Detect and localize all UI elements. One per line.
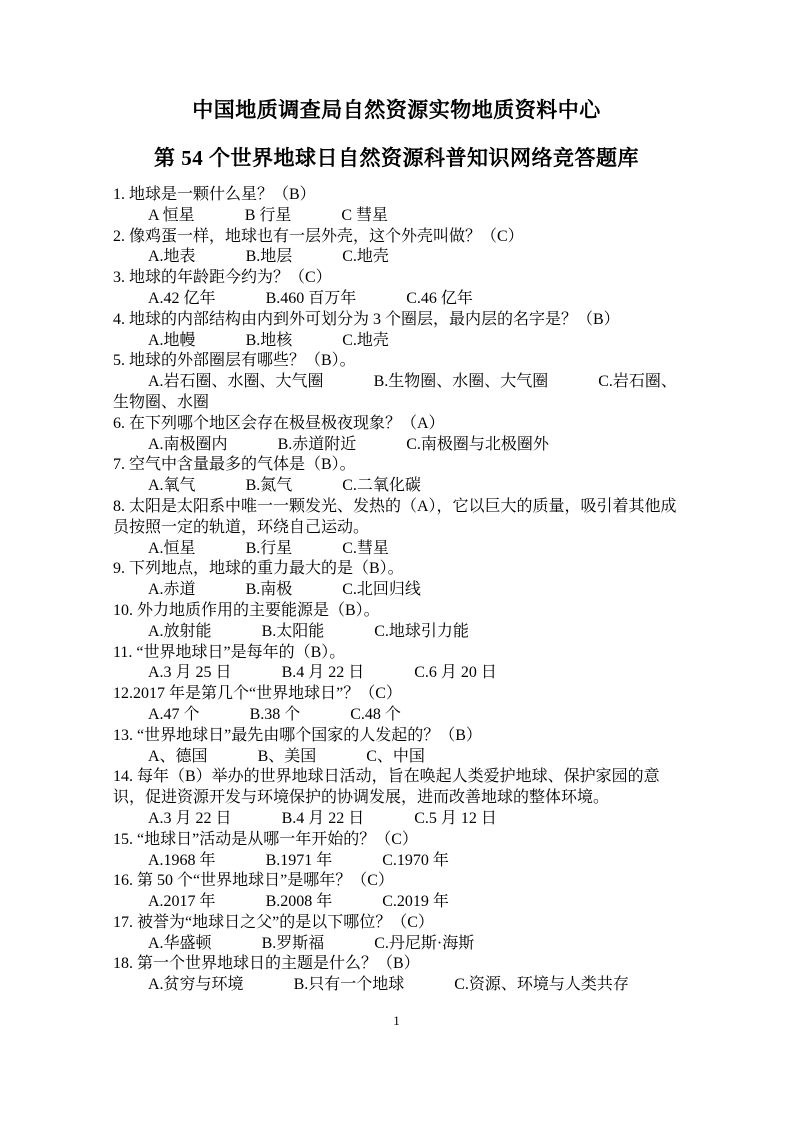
option-item: B.生物圈、水圈、大气圈 (374, 373, 549, 390)
option-item: C.资源、环境与人类共存 (454, 976, 629, 993)
option-item: A.2017 年 (148, 893, 216, 910)
question-item: 9. 下列地点，地球的重力最大的是（B）。 A.赤道B.南极C.北回归线 (113, 559, 680, 601)
question-options: A.47 个B.38 个C.48 个 (113, 705, 680, 726)
option-item: C.1970 年 (382, 852, 449, 869)
question-text: 9. 下列地点，地球的重力最大的是（B）。 (113, 559, 680, 580)
question-options: A.赤道B.南极C.北回归线 (113, 580, 680, 601)
page-number: 1 (113, 1013, 680, 1029)
question-text: 14. 每年（B）举办的世界地球日活动，旨在唤起人类爱护地球、保护家园的意识，促… (113, 767, 680, 809)
question-options: A.贫穷与环境B.只有一个地球C.资源、环境与人类共存 (113, 975, 680, 996)
question-item: 11. “世界地球日”是每年的（B）。 A.3 月 25 日B.4 月 22 日… (113, 643, 680, 685)
question-item: 3. 地球的年龄距今约为？（C） A.42 亿年B.460 百万年C.46 亿年 (113, 268, 680, 310)
option-item: B.地层 (246, 248, 293, 265)
option-item: C.二氧化碳 (342, 477, 421, 494)
option-item: A.地幔 (148, 332, 196, 349)
question-text: 10. 外力地质作用的主要能源是（B）。 (113, 601, 680, 622)
option-item: A、德国 (148, 748, 208, 765)
question-item: 15. “地球日”活动是从哪一年开始的？（C） A.1968 年B.1971 年… (113, 830, 680, 872)
option-item: C.彗星 (342, 540, 389, 557)
option-item: B.地核 (246, 332, 293, 349)
option-item: C.地球引力能 (374, 623, 469, 640)
question-text: 11. “世界地球日”是每年的（B）。 (113, 643, 680, 664)
question-text: 13. “世界地球日”最先由哪个国家的人发起的？（B） (113, 726, 680, 747)
question-text: 18. 第一个世界地球日的主题是什么？（B） (113, 954, 680, 975)
option-item: B.4 月 22 日 (282, 664, 365, 681)
question-item: 8. 太阳是太阳系中唯一一颗发光、发热的（A），它以巨大的质量，吸引着其他成员按… (113, 497, 680, 559)
question-item: 2. 像鸡蛋一样，地球也有一层外壳，这个外壳叫做？（C） A.地表B.地层C.地… (113, 227, 680, 269)
option-item: C.北回归线 (342, 581, 421, 598)
question-item: 17. 被誉为“地球日之父”的是以下哪位？（C） A.华盛顿B.罗斯福C.丹尼斯… (113, 913, 680, 955)
question-options: A.地幔B.地核C.地壳 (113, 331, 680, 352)
question-text: 3. 地球的年龄距今约为？（C） (113, 268, 680, 289)
option-item: A.放射能 (148, 623, 212, 640)
option-item: C.5 月 12 日 (414, 810, 497, 827)
option-item: A.1968 年 (148, 852, 216, 869)
document-subtitle: 第 54 个世界地球日自然资源科普知识网络竞答题库 (113, 145, 680, 171)
option-item: A.岩石圈、水圈、大气圈 (148, 373, 324, 390)
question-text: 4. 地球的内部结构由内到外可划分为 3 个圈层，最内层的名字是？（B） (113, 310, 680, 331)
option-item: B、美国 (258, 748, 317, 765)
document-page: 中国地质调查局自然资源实物地质资料中心 第 54 个世界地球日自然资源科普知识网… (0, 0, 793, 1122)
option-item: C.地壳 (342, 248, 389, 265)
question-item: 14. 每年（B）举办的世界地球日活动，旨在唤起人类爱护地球、保护家园的意识，促… (113, 767, 680, 829)
question-item: 5. 地球的外部圈层有哪些？（B）。 A.岩石圈、水圈、大气圈B.生物圈、水圈、… (113, 351, 680, 413)
option-item: B.南极 (246, 581, 293, 598)
option-item: A.3 月 22 日 (148, 810, 232, 827)
option-item: C.地壳 (342, 332, 389, 349)
option-item: A.氧气 (148, 477, 196, 494)
question-item: 12.2017 年是第几个“世界地球日”？（C） A.47 个B.38 个C.4… (113, 684, 680, 726)
question-item: 1. 地球是一颗什么星？（B） A 恒星B 行星C 彗星 (113, 185, 680, 227)
question-options: A.氧气B.氮气C.二氧化碳 (113, 476, 680, 497)
option-item: B.罗斯福 (262, 935, 325, 952)
question-options: A.放射能B.太阳能C.地球引力能 (113, 622, 680, 643)
option-item: A.3 月 25 日 (148, 664, 232, 681)
question-text: 2. 像鸡蛋一样，地球也有一层外壳，这个外壳叫做？（C） (113, 227, 680, 248)
option-item: A.南极圈内 (148, 436, 228, 453)
option-item: A.地表 (148, 248, 196, 265)
option-item: A.恒星 (148, 540, 196, 557)
question-options: A.地表B.地层C.地壳 (113, 247, 680, 268)
option-item: C.南极圈与北极圈外 (406, 436, 549, 453)
question-item: 16. 第 50 个“世界地球日”是哪年？（C） A.2017 年B.2008 … (113, 871, 680, 913)
option-item: A.赤道 (148, 581, 196, 598)
option-item: A.47 个 (148, 706, 200, 723)
question-item: 10. 外力地质作用的主要能源是（B）。 A.放射能B.太阳能C.地球引力能 (113, 601, 680, 643)
option-item: A.华盛顿 (148, 935, 212, 952)
question-text: 7. 空气中含量最多的气体是（B）。 (113, 455, 680, 476)
option-item: C.48 个 (350, 706, 401, 723)
question-options: A 恒星B 行星C 彗星 (113, 206, 680, 227)
option-item: A 恒星 (148, 207, 195, 224)
question-options: A.恒星B.行星C.彗星 (113, 539, 680, 560)
question-item: 4. 地球的内部结构由内到外可划分为 3 个圈层，最内层的名字是？（B） A.地… (113, 310, 680, 352)
option-item: B 行星 (245, 207, 292, 224)
option-item: B.38 个 (250, 706, 301, 723)
option-item: B.太阳能 (262, 623, 325, 640)
question-list: 1. 地球是一颗什么星？（B） A 恒星B 行星C 彗星 2. 像鸡蛋一样，地球… (113, 185, 680, 996)
option-item: A.贫穷与环境 (148, 976, 244, 993)
question-text: 12.2017 年是第几个“世界地球日”？（C） (113, 684, 680, 705)
question-options: A.南极圈内B.赤道附近C.南极圈与北极圈外 (113, 435, 680, 456)
question-options: A.1968 年B.1971 年C.1970 年 (113, 851, 680, 872)
option-item: A.42 亿年 (148, 290, 216, 307)
question-options: A.2017 年B.2008 年C.2019 年 (113, 892, 680, 913)
question-item: 7. 空气中含量最多的气体是（B）。 A.氧气B.氮气C.二氧化碳 (113, 455, 680, 497)
question-options: A.42 亿年B.460 百万年C.46 亿年 (113, 289, 680, 310)
question-text: 6. 在下列哪个地区会存在极昼极夜现象？（A） (113, 414, 680, 435)
option-item: B.赤道附近 (278, 436, 357, 453)
question-options: A.3 月 25 日B.4 月 22 日C.6 月 20 日 (113, 663, 680, 684)
document-title: 中国地质调查局自然资源实物地质资料中心 (113, 97, 680, 123)
question-options: A.3 月 22 日B.4 月 22 日C.5 月 12 日 (113, 809, 680, 830)
option-item: B.460 百万年 (266, 290, 357, 307)
question-options: A.华盛顿B.罗斯福C.丹尼斯·海斯 (113, 934, 680, 955)
option-item: B.2008 年 (266, 893, 333, 910)
question-text: 1. 地球是一颗什么星？（B） (113, 185, 680, 206)
option-item: B.4 月 22 日 (282, 810, 365, 827)
option-item: C 彗星 (341, 207, 388, 224)
option-item: B.氮气 (246, 477, 293, 494)
question-options: A.岩石圈、水圈、大气圈B.生物圈、水圈、大气圈C.岩石圈、生物圈、水圈 (113, 372, 680, 414)
option-item: B.只有一个地球 (294, 976, 405, 993)
option-item: C.46 亿年 (406, 290, 473, 307)
option-item: C、中国 (366, 748, 425, 765)
question-text: 16. 第 50 个“世界地球日”是哪年？（C） (113, 871, 680, 892)
question-text: 8. 太阳是太阳系中唯一一颗发光、发热的（A），它以巨大的质量，吸引着其他成员按… (113, 497, 680, 539)
question-text: 5. 地球的外部圈层有哪些？（B）。 (113, 351, 680, 372)
question-item: 18. 第一个世界地球日的主题是什么？（B） A.贫穷与环境B.只有一个地球C.… (113, 954, 680, 996)
option-item: C.6 月 20 日 (414, 664, 497, 681)
option-item: C.2019 年 (382, 893, 449, 910)
question-options: A、德国B、美国C、中国 (113, 747, 680, 768)
question-item: 6. 在下列哪个地区会存在极昼极夜现象？（A） A.南极圈内B.赤道附近C.南极… (113, 414, 680, 456)
question-text: 17. 被誉为“地球日之父”的是以下哪位？（C） (113, 913, 680, 934)
question-item: 13. “世界地球日”最先由哪个国家的人发起的？（B） A、德国B、美国C、中国 (113, 726, 680, 768)
question-text: 15. “地球日”活动是从哪一年开始的？（C） (113, 830, 680, 851)
option-item: B.行星 (246, 540, 293, 557)
option-item: C.丹尼斯·海斯 (374, 935, 474, 952)
option-item: B.1971 年 (266, 852, 333, 869)
